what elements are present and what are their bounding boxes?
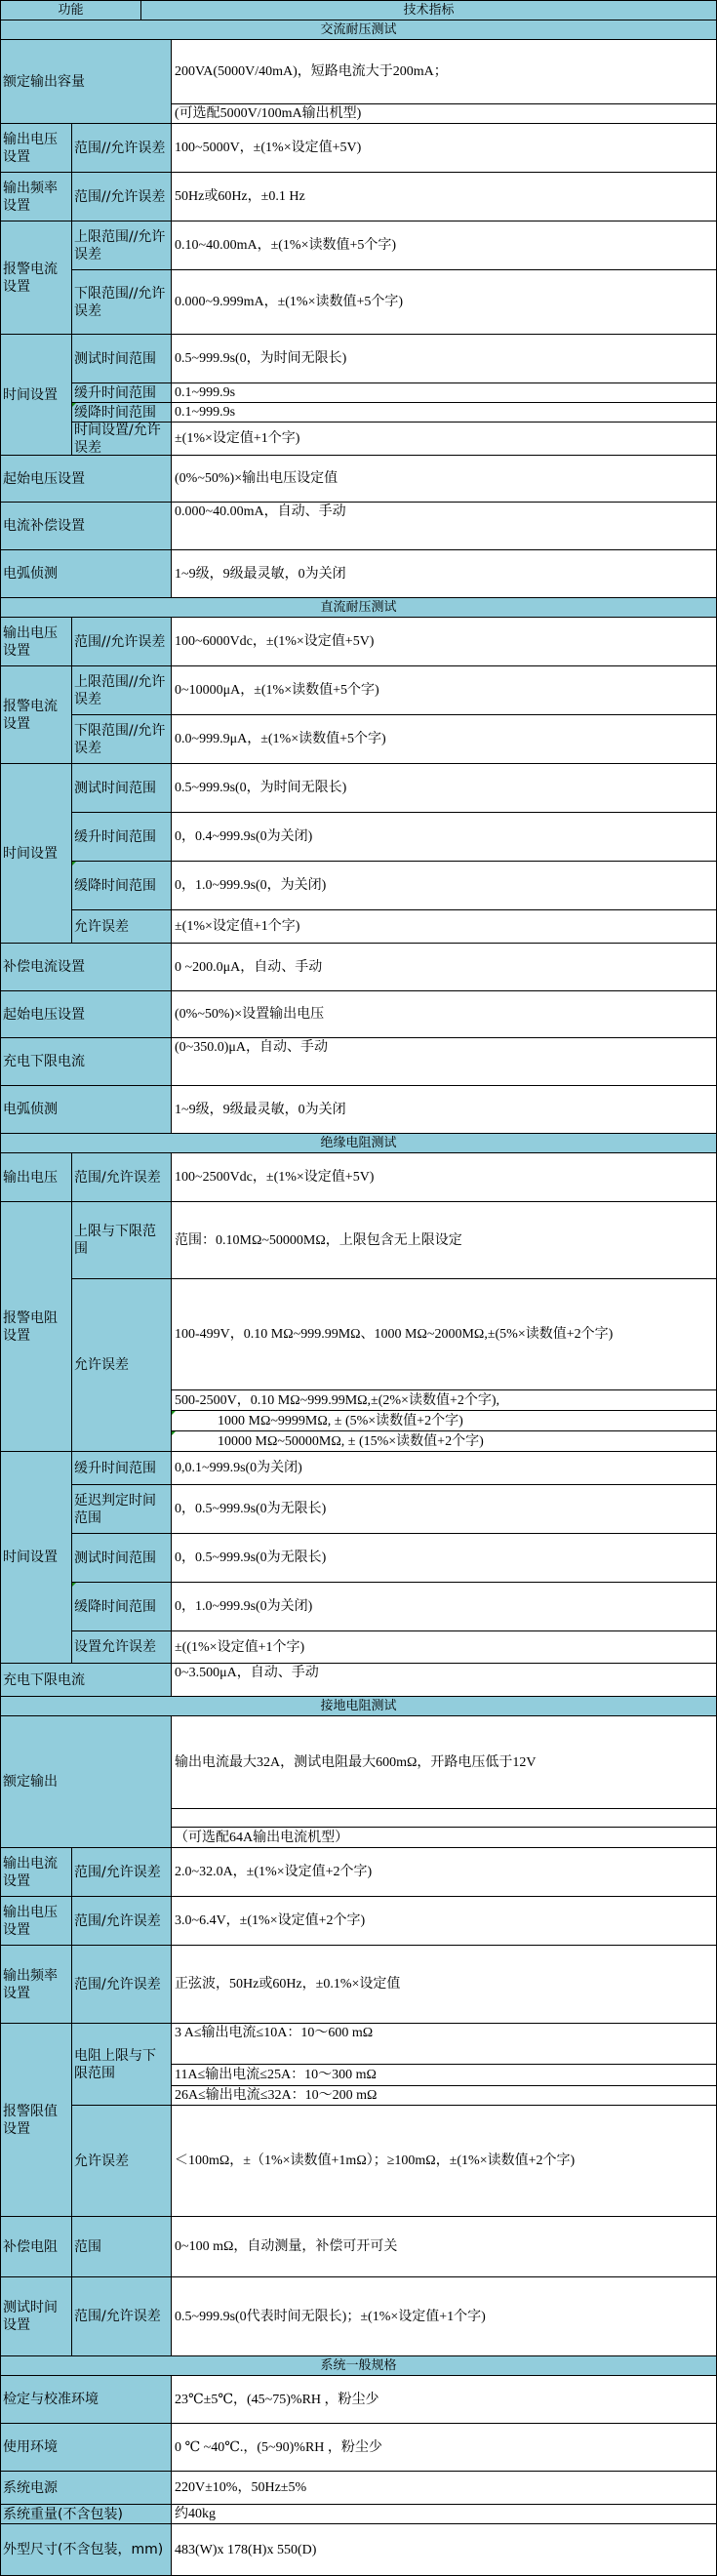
spec-table: 功能 技术指标 交流耐压测试 额定输出容量 200VA(5000V/40mA)，… <box>0 0 717 2576</box>
column-header-spec: 技术指标 <box>140 0 717 20</box>
row-label: 时间设置 <box>0 763 72 944</box>
row-label: 报警电流设置 <box>0 665 72 764</box>
row-label: 输出频率设置 <box>0 1945 72 2024</box>
comment-indicator-icon <box>72 1583 76 1587</box>
row-sublabel: 上限范围//允许误差 <box>71 221 172 270</box>
row-label: 输出频率设置 <box>0 172 72 221</box>
row-sublabel: 范围//允许误差 <box>71 617 172 666</box>
row-value: 0.1~999.9s <box>171 402 717 423</box>
row-sublabel: 延迟判定时间范围 <box>71 1484 172 1534</box>
row-value: 1~9级，9级最灵敏，0为关闭 <box>171 1085 717 1134</box>
row-value: 11A≤输出电流≤25A：10～300 mΩ <box>171 2064 717 2086</box>
row-sublabel: 范围/允许误差 <box>71 1847 172 1897</box>
row-sublabel: 上限范围//允许误差 <box>71 665 172 715</box>
row-sublabel: 范围/允许误差 <box>71 1945 172 2024</box>
comment-indicator-icon <box>172 1411 176 1415</box>
row-value: 0，1.0~999.9s(0，为关闭) <box>171 861 717 910</box>
row-value: 3.0~6.4V，±(1%×设定值+2个字) <box>171 1896 717 1946</box>
row-value: 100-499V，0.10 MΩ~999.99MΩ、1000 MΩ~2000MΩ… <box>171 1278 717 1390</box>
row-value: 0.5~999.9s(0，为时间无限长) <box>171 334 717 383</box>
row-label: 使用环境 <box>0 2423 172 2472</box>
row-label: 输出电压设置 <box>0 123 72 173</box>
section-title-dc: 直流耐压测试 <box>0 597 717 618</box>
row-sublabel: 上限与下限范围 <box>71 1201 172 1279</box>
row-label: 时间设置 <box>0 1451 72 1664</box>
row-value: 0.10~40.00mA，±(1%×读数值+5个字) <box>171 221 717 270</box>
row-sublabel: 缓降时间范围 <box>71 402 172 423</box>
column-header-function: 功能 <box>0 0 141 20</box>
row-label: 起始电压设置 <box>0 990 172 1038</box>
section-title-ac: 交流耐压测试 <box>0 20 717 40</box>
row-sublabel: 缓升时间范围 <box>71 382 172 403</box>
row-value: 约40kg <box>171 2504 717 2524</box>
row-value: 正弦波，50Hz或60Hz，±0.1%×设定值 <box>171 1945 717 2024</box>
row-value: 0~10000μA，±(1%×读数值+5个字) <box>171 665 717 715</box>
row-label: 充电下限电流 <box>0 1663 172 1697</box>
row-label: 检定与校准环境 <box>0 2375 172 2424</box>
row-value: 0，0.4~999.9s(0为关闭) <box>171 812 717 862</box>
row-label: 额定输出容量 <box>0 39 172 124</box>
row-label: 报警限值设置 <box>0 2023 72 2217</box>
row-label: 测试时间设置 <box>0 2276 72 2356</box>
row-value: 50Hz或60Hz，±0.1 Hz <box>171 172 717 221</box>
row-value: 220V±10%，50Hz±5% <box>171 2471 717 2505</box>
row-value: 100~5000V，±(1%×设定值+5V) <box>171 123 717 173</box>
row-sublabel: 范围//允许误差 <box>71 172 172 221</box>
row-value: 1000 MΩ~9999MΩ, ± (5%×读数值+2个字) <box>171 1410 717 1431</box>
row-label: 系统电源 <box>0 2471 172 2505</box>
row-sublabel: 缓升时间范围 <box>71 812 172 862</box>
section-title-gr: 接地电阻测试 <box>0 1696 717 1716</box>
row-label: 补偿电流设置 <box>0 943 172 991</box>
row-sublabel: 范围/允许误差 <box>71 1152 172 1202</box>
row-value: 483(W)x 178(H)x 550(D) <box>171 2523 717 2576</box>
row-label: 外型尺寸(不含包装，mm) <box>0 2523 172 2576</box>
row-label: 补偿电阻 <box>0 2216 72 2277</box>
row-sublabel: 范围 <box>71 2216 172 2277</box>
row-value: 0.1~999.9s <box>171 382 717 403</box>
row-sublabel: 测试时间范围 <box>71 334 172 383</box>
row-value: 0 ℃ ~40℃.，(5~90)%RH ，粉尘少 <box>171 2423 717 2472</box>
row-value: ±((1%×设定值+1个字) <box>171 1630 717 1664</box>
row-value: 3 A≤输出电流≤10A：10～600 mΩ <box>171 2023 717 2065</box>
row-value: 100~2500Vdc，±(1%×设定值+5V) <box>171 1152 717 1202</box>
row-sublabel: 范围//允许误差 <box>71 123 172 173</box>
row-value: 0，0.5~999.9s(0为无限长) <box>171 1484 717 1534</box>
row-label: 时间设置 <box>0 334 72 456</box>
row-label: 报警电阻设置 <box>0 1201 72 1452</box>
row-value: 26A≤输出电流≤32A：10～200 mΩ <box>171 2085 717 2106</box>
row-label: 系统重量(不含包装) <box>0 2504 172 2524</box>
comment-indicator-icon <box>72 862 76 865</box>
row-sublabel: 允许误差 <box>71 1278 172 1452</box>
row-sublabel: 范围/允许误差 <box>71 1896 172 1946</box>
comment-indicator-icon <box>172 1431 176 1435</box>
row-value: 0.0~999.9μA，±(1%×读数值+5个字) <box>171 714 717 764</box>
row-sublabel: 测试时间范围 <box>71 763 172 813</box>
section-title-ir: 绝缘电阻测试 <box>0 1133 717 1153</box>
row-value: 200VA(5000V/40mA)，短路电流大于200mA； <box>171 39 717 104</box>
row-label: 电流补偿设置 <box>0 502 172 550</box>
section-title-system: 系统一般规格 <box>0 2355 717 2376</box>
row-value: 0,0.1~999.9s(0为关闭) <box>171 1451 717 1485</box>
row-label: 报警电流设置 <box>0 221 72 335</box>
row-value: 0 ~200.0μA，自动、手动 <box>171 943 717 991</box>
row-value: ±(1%×设定值+1个字) <box>171 422 717 456</box>
row-value: 0~3.500μA，自动、手动 <box>171 1663 717 1697</box>
row-value: (0~350.0)μA，自动、手动 <box>171 1037 717 1086</box>
row-sublabel: 测试时间范围 <box>71 1533 172 1583</box>
row-sublabel: 电阻上限与下限范围 <box>71 2023 172 2106</box>
row-value: 100~6000Vdc，±(1%×设定值+5V) <box>171 617 717 666</box>
row-value: (0%~50%)×输出电压设定值 <box>171 455 717 503</box>
row-value: （可选配64A输出电流机型） <box>171 1827 717 1848</box>
row-sublabel: 下限范围//允许误差 <box>71 269 172 335</box>
row-sublabel: 缓降时间范围 <box>71 861 172 910</box>
row-value: 1~9级，9级最灵敏，0为关闭 <box>171 549 717 598</box>
row-label: 输出电压设置 <box>0 617 72 666</box>
row-value: 2.0~32.0A，±(1%×设定值+2个字) <box>171 1847 717 1897</box>
row-sublabel: 允许误差 <box>71 2105 172 2217</box>
comment-indicator-icon <box>72 403 76 407</box>
row-sublabel: 允许误差 <box>71 909 172 944</box>
row-value: (可选配5000V/100mA输出机型) <box>171 103 717 124</box>
row-value: ±(1%×设定值+1个字) <box>171 909 717 944</box>
row-label: 起始电压设置 <box>0 455 172 503</box>
row-value: 23℃±5℃，(45~75)%RH ，粉尘少 <box>171 2375 717 2424</box>
row-value: 范围：0.10MΩ~50000MΩ，上限包含无上限设定 <box>171 1201 717 1279</box>
row-sublabel: 缓降时间范围 <box>71 1582 172 1631</box>
row-label: 输出电压 <box>0 1152 72 1202</box>
row-value: 0，0.5~999.9s(0为无限长) <box>171 1533 717 1583</box>
row-label: 充电下限电流 <box>0 1037 172 1086</box>
row-sublabel: 缓升时间范围 <box>71 1451 172 1485</box>
row-label: 输出电流设置 <box>0 1847 72 1897</box>
row-value: 10000 MΩ~50000MΩ, ± (15%×读数值+2个字) <box>171 1430 717 1452</box>
row-value: 0~100 mΩ，自动测量，补偿可开可关 <box>171 2216 717 2277</box>
row-value: 0.5~999.9s(0，为时间无限长) <box>171 763 717 813</box>
row-value: ＜100mΩ，±（1%×读数值+1mΩ）；≥100mΩ，±(1%×读数值+2个字… <box>171 2105 717 2217</box>
row-value: 输出电流最大32A，测试电阻最大600mΩ，开路电压低于12V <box>171 1715 717 1809</box>
row-value: 0.000~40.00mA，自动、手动 <box>171 502 717 550</box>
row-value: 0，1.0~999.9s(0为关闭) <box>171 1582 717 1631</box>
row-sublabel: 下限范围//允许误差 <box>71 714 172 764</box>
row-sublabel: 范围/允许误差 <box>71 2276 172 2356</box>
row-label: 电弧侦测 <box>0 549 172 598</box>
row-value <box>171 1808 717 1828</box>
row-label: 额定输出 <box>0 1715 172 1848</box>
row-value: 0.5~999.9s(0代表时间无限长)；±(1%×设定值+1个字) <box>171 2276 717 2356</box>
row-label: 输出电压设置 <box>0 1896 72 1946</box>
row-sublabel: 设置允许误差 <box>71 1630 172 1664</box>
row-value: 0.000~9.999mA，±(1%×读数值+5个字) <box>171 269 717 335</box>
row-value: (0%~50%)×设置输出电压 <box>171 990 717 1038</box>
row-label: 电弧侦测 <box>0 1085 172 1134</box>
row-sublabel: 时间设置/允许误差 <box>71 422 172 456</box>
row-value: 500-2500V，0.10 MΩ~999.99MΩ,±(2%×读数值+2个字)… <box>171 1389 717 1411</box>
